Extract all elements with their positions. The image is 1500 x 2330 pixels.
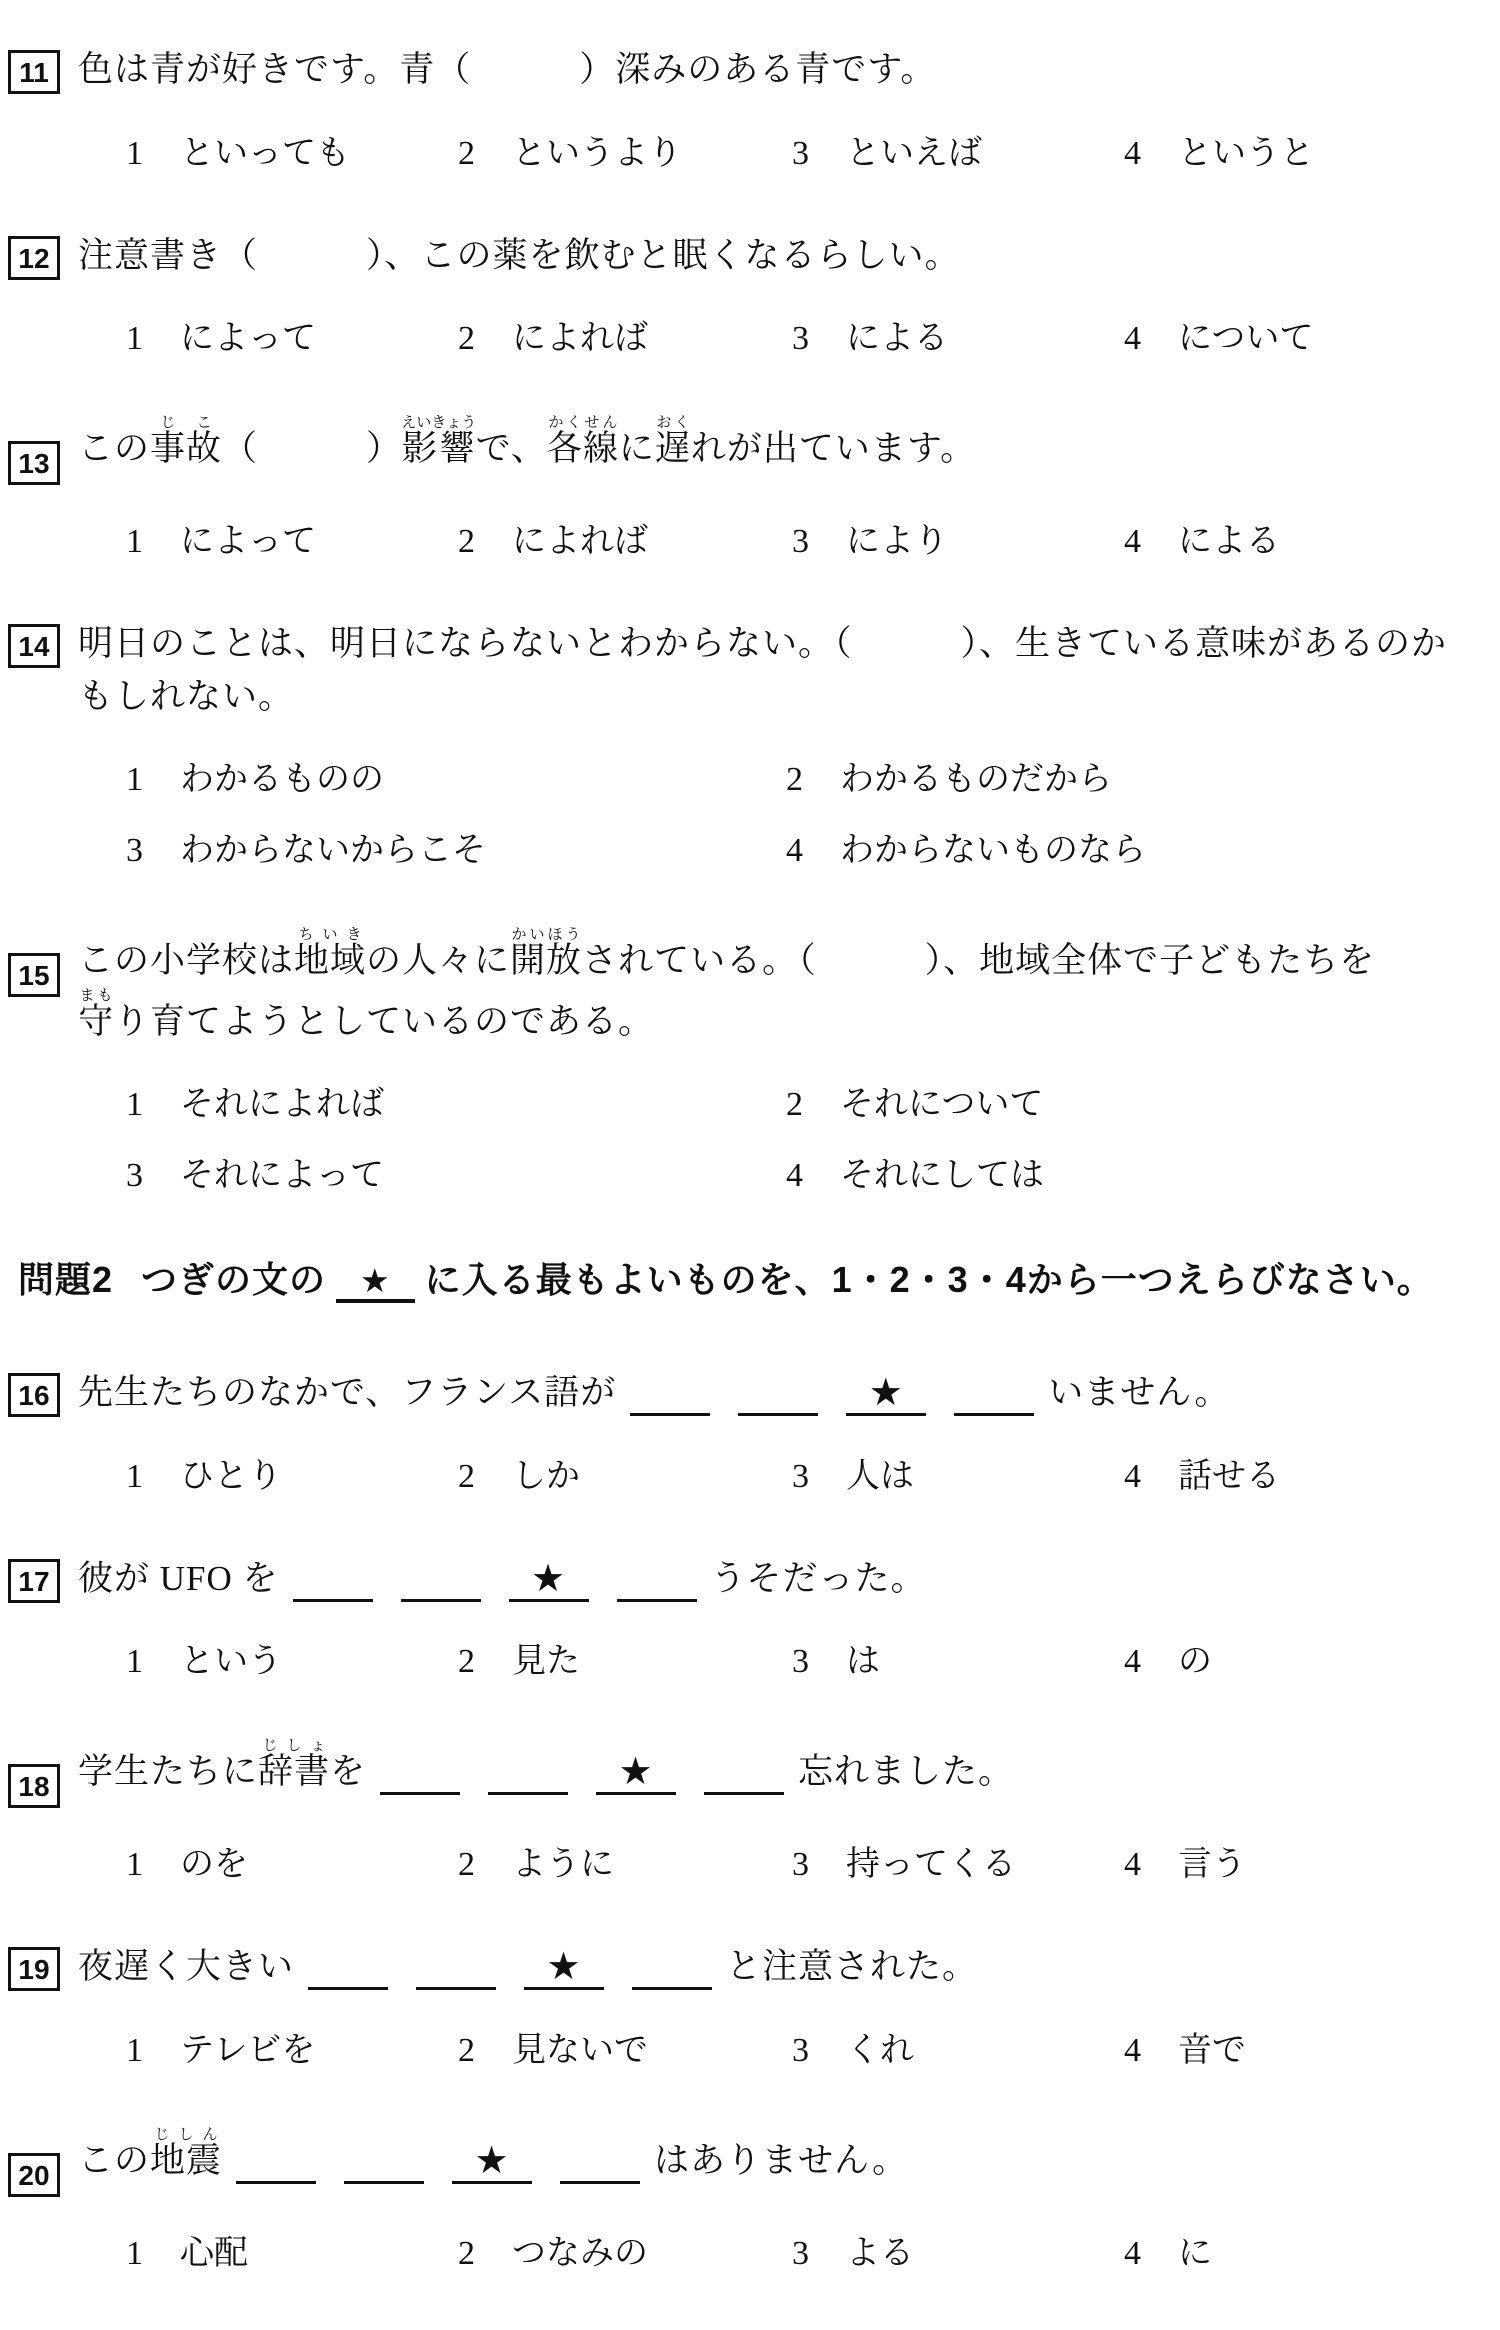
stem-line: 先生たちのなかで、フランス語が★いません。 xyxy=(78,1367,1230,1420)
answer-blank xyxy=(401,1562,481,1602)
question-stem: 夜遅く大きい★と注意された。 xyxy=(78,1941,978,1994)
option-text: は xyxy=(846,1643,880,1680)
question-options: 1という2見た3は4の xyxy=(126,1633,1480,1682)
option-number: 3 xyxy=(126,832,154,870)
stem-line: この事故じこ（ ）影響えいきょうで、各線かくせんに遅おくれが出ています。 xyxy=(78,415,976,476)
option-number: 4 xyxy=(786,1157,814,1195)
option-text: によれば xyxy=(512,523,648,560)
option-11-3: 3といえば xyxy=(792,125,1124,174)
question-options: 1それによれば2それについて3それによって4それにしては xyxy=(126,1076,1480,1196)
stem-text: に xyxy=(619,429,655,468)
question-options: 1のを2ように3持ってくる4言う xyxy=(126,1836,1480,1885)
question-stem: 先生たちのなかで、フランス語が★いません。 xyxy=(78,1367,1230,1420)
option-12-1: 1によって xyxy=(126,310,458,359)
furigana-term: 開放かいほう xyxy=(510,941,582,980)
options-row: 1という2見た3は4の xyxy=(126,1633,1480,1682)
option-17-2: 2見た xyxy=(458,1633,792,1682)
option-20-1: 1心配 xyxy=(126,2225,458,2274)
section2-header: 問題2つぎの文の★に入る最もよいものを、1・2・3・4から一つえらびなさい。 xyxy=(18,1252,1480,1303)
option-text: くれ xyxy=(846,2032,914,2069)
option-18-4: 4言う xyxy=(1124,1836,1480,1885)
stem-text: れが出ています。 xyxy=(691,429,976,468)
option-text: 見た xyxy=(512,1643,580,1680)
option-11-1: 1といっても xyxy=(126,125,458,174)
option-number: 4 xyxy=(786,832,814,870)
star-answer-blank: ★ xyxy=(509,1562,589,1602)
stem-line: もしれない。 xyxy=(78,671,1447,724)
option-number: 3 xyxy=(792,2032,820,2070)
stem-line: この小学校は地域ちいきの人々に開放かいほうされている。（ ）、地域全体で子どもた… xyxy=(78,927,1375,988)
star-answer-blank: ★ xyxy=(596,1755,676,1795)
furigana-term: 地域ちいき xyxy=(294,941,366,980)
option-number: 3 xyxy=(792,2235,820,2273)
question-14: 14明日のことは、明日にならないとわからない。（ ）、生きている意味があるのかも… xyxy=(8,618,1480,871)
option-number: 4 xyxy=(1124,320,1152,358)
question-16: 16先生たちのなかで、フランス語が★いません。1ひとり2しか3人は4話せる xyxy=(8,1367,1480,1497)
question-number-box: 14 xyxy=(8,624,60,668)
stem-text: 注意書き（ ）、この薬を飲むと眠くなるらしい。 xyxy=(78,236,961,275)
option-18-1: 1のを xyxy=(126,1836,458,1885)
star-answer-blank: ★ xyxy=(452,2144,532,2184)
option-number: 3 xyxy=(792,1846,820,1884)
option-number: 2 xyxy=(458,1846,486,1884)
option-text: つなみの xyxy=(512,2235,648,2272)
options-row: 1によって2によれば3による4について xyxy=(126,310,1480,359)
option-11-2: 2というより xyxy=(458,125,792,174)
option-text: テレビを xyxy=(180,2032,315,2069)
option-text: による xyxy=(846,320,948,357)
option-text: それによれば xyxy=(180,1086,384,1123)
question-19: 19夜遅く大きい★と注意された。1テレビを2見ないで3くれ4音で xyxy=(8,1941,1480,2071)
answer-blank xyxy=(344,2144,424,2184)
question-options: 1心配2つなみの3よる4に xyxy=(126,2225,1480,2274)
option-number: 2 xyxy=(458,1643,486,1681)
stem-line: 夜遅く大きい★と注意された。 xyxy=(78,1941,978,1994)
stem-text: 彼が UFO を xyxy=(78,1559,279,1598)
option-18-3: 3持ってくる xyxy=(792,1836,1124,1885)
question-number-box: 19 xyxy=(8,1947,60,1991)
question-13: 13この事故じこ（ ）影響えいきょうで、各線かくせんに遅おくれが出ています。1に… xyxy=(8,415,1480,562)
option-text: の xyxy=(1178,1643,1212,1680)
option-number: 3 xyxy=(126,1157,154,1195)
options-row: 1それによれば2それについて xyxy=(126,1076,1480,1125)
option-17-1: 1という xyxy=(126,1633,458,1682)
stem-text: 学生たちに xyxy=(78,1752,258,1791)
answer-blank xyxy=(416,1950,496,1990)
question-row: 17彼が UFO を★うそだった。 xyxy=(8,1553,1480,1606)
option-19-2: 2見ないで xyxy=(458,2022,792,2071)
option-text: わからないからこそ xyxy=(180,832,486,869)
section2-label: 問題2 xyxy=(18,1259,113,1300)
option-text: について xyxy=(1178,320,1313,357)
options-row: 1テレビを2見ないで3くれ4音で xyxy=(126,2022,1480,2071)
question-number-box: 11 xyxy=(8,50,60,94)
question-number-box: 12 xyxy=(8,236,60,280)
option-text: といっても xyxy=(180,135,350,172)
stem-text: を xyxy=(330,1752,366,1791)
option-number: 3 xyxy=(792,1643,820,1681)
stem-text: はありません。 xyxy=(654,2141,908,2180)
option-number: 4 xyxy=(1124,523,1152,561)
answer-blank xyxy=(704,1755,784,1795)
option-text: によって xyxy=(180,523,316,560)
option-text: のを xyxy=(180,1846,248,1883)
star-icon: ★ xyxy=(596,1753,676,1791)
option-number: 3 xyxy=(792,1458,820,1496)
question-18: 18学生たちに辞書じしょを★忘れました。1のを2ように3持ってくる4言う xyxy=(8,1738,1480,1885)
option-number: 4 xyxy=(1124,2235,1152,2273)
option-text: によれば xyxy=(512,320,648,357)
question-options: 1ひとり2しか3人は4話せる xyxy=(126,1448,1480,1497)
question-number-box: 13 xyxy=(8,441,60,485)
option-text: よる xyxy=(846,2235,914,2272)
option-text: 見ないで xyxy=(512,2032,648,2069)
option-number: 1 xyxy=(126,1846,154,1884)
question-20: 20この地震じしん★はありません。1心配2つなみの3よる4に xyxy=(8,2127,1480,2274)
stem-text: 忘れました。 xyxy=(798,1752,1014,1791)
star-icon: ★ xyxy=(509,1560,589,1598)
answer-blank xyxy=(738,1376,818,1416)
answer-blank xyxy=(560,2144,640,2184)
question-row: 12注意書き（ ）、この薬を飲むと眠くなるらしい。 xyxy=(8,230,1480,283)
question-stem: 注意書き（ ）、この薬を飲むと眠くなるらしい。 xyxy=(78,230,961,283)
stem-text: この小学校は xyxy=(78,941,294,980)
option-14-1: 1わかるものの xyxy=(126,751,786,800)
option-text: に xyxy=(1178,2235,1212,2272)
answer-blank xyxy=(380,1755,460,1795)
options-row: 1ひとり2しか3人は4話せる xyxy=(126,1448,1480,1497)
star-blank-legend: ★ xyxy=(336,1264,415,1303)
option-text: という xyxy=(180,1643,282,1680)
option-number: 4 xyxy=(1124,1846,1152,1884)
option-20-3: 3よる xyxy=(792,2225,1124,2274)
option-14-2: 2わかるものだから xyxy=(786,751,1480,800)
option-text: によって xyxy=(180,320,316,357)
option-number: 4 xyxy=(1124,1643,1152,1681)
options-row: 1によって2によれば3により4による xyxy=(126,513,1480,562)
question-stem: 明日のことは、明日にならないとわからない。（ ）、生きている意味があるのかもしれ… xyxy=(78,618,1447,723)
exam-page: 11色は青が好きです。青（ ）深みのある青です。1といっても2というより3といえ… xyxy=(8,44,1480,2274)
option-text: ように xyxy=(512,1846,614,1883)
stem-line: 守まもり育てようとしているのである。 xyxy=(78,988,1375,1049)
star-answer-blank: ★ xyxy=(846,1376,926,1416)
option-text: わかるものの xyxy=(180,761,384,798)
stem-line: 色は青が好きです。青（ ）深みのある青です。 xyxy=(78,44,936,97)
stem-text: 先生たちのなかで、フランス語が xyxy=(78,1373,616,1412)
option-number: 3 xyxy=(792,135,820,173)
stem-line: 彼が UFO を★うそだった。 xyxy=(78,1553,927,1606)
option-13-3: 3により xyxy=(792,513,1124,562)
option-text: 音で xyxy=(1178,2032,1246,2069)
option-number: 2 xyxy=(458,523,486,561)
option-text: というより xyxy=(512,135,682,172)
stem-line: 注意書き（ ）、この薬を飲むと眠くなるらしい。 xyxy=(78,230,961,283)
stem-line: 明日のことは、明日にならないとわからない。（ ）、生きている意味があるのか xyxy=(78,618,1447,671)
star-icon: ★ xyxy=(452,2142,532,2180)
option-19-4: 4音で xyxy=(1124,2022,1480,2071)
stem-text: いません。 xyxy=(1048,1373,1230,1412)
option-16-2: 2しか xyxy=(458,1448,792,1497)
stem-text: り育てようとしているのである。 xyxy=(114,1002,654,1041)
stem-text: されている。（ ）、地域全体で子どもたちを xyxy=(582,941,1375,980)
option-number: 4 xyxy=(1124,2032,1152,2070)
question-row: 16先生たちのなかで、フランス語が★いません。 xyxy=(8,1367,1480,1420)
question-number-box: 17 xyxy=(8,1559,60,1603)
question-options: 1テレビを2見ないで3くれ4音で xyxy=(126,2022,1480,2071)
star-answer-blank: ★ xyxy=(524,1950,604,1990)
question-row: 14明日のことは、明日にならないとわからない。（ ）、生きている意味があるのかも… xyxy=(8,618,1480,723)
option-number: 1 xyxy=(126,1643,154,1681)
option-text: 持ってくる xyxy=(846,1846,1016,1883)
option-number: 1 xyxy=(126,1458,154,1496)
answer-blank xyxy=(488,1755,568,1795)
option-20-2: 2つなみの xyxy=(458,2225,792,2274)
question-options: 1わかるものの2わかるものだから3わからないからこそ4わからないものなら xyxy=(126,751,1480,871)
stem-text: 夜遅く大きい xyxy=(78,1947,294,1986)
answer-blank xyxy=(632,1950,712,1990)
option-text: といえば xyxy=(846,135,982,172)
option-16-3: 3人は xyxy=(792,1448,1124,1497)
options-row: 1といっても2というより3といえば4というと xyxy=(126,125,1480,174)
furigana-term: 辞書じしょ xyxy=(258,1752,330,1791)
option-20-4: 4に xyxy=(1124,2225,1480,2274)
section-1: 11色は青が好きです。青（ ）深みのある青です。1といっても2というより3といえ… xyxy=(8,44,1480,1196)
star-icon: ★ xyxy=(360,1262,391,1299)
stem-text: と注意された。 xyxy=(726,1947,978,1986)
answer-blank xyxy=(630,1376,710,1416)
stem-text: （ ） xyxy=(222,429,402,468)
stem-text: の人々に xyxy=(366,941,510,980)
option-number: 1 xyxy=(126,320,154,358)
star-icon: ★ xyxy=(846,1374,926,1412)
option-number: 2 xyxy=(458,2235,486,2273)
option-12-3: 3による xyxy=(792,310,1124,359)
stem-text: この xyxy=(78,2141,150,2180)
question-number-box: 20 xyxy=(8,2153,60,2197)
option-12-4: 4について xyxy=(1124,310,1480,359)
option-text: それについて xyxy=(840,1086,1043,1123)
furigana-term: 事故じこ xyxy=(150,429,222,468)
option-text: わかるものだから xyxy=(840,761,1112,798)
furigana-term: 地震じしん xyxy=(150,2141,222,2180)
option-number: 1 xyxy=(126,135,154,173)
question-stem: 彼が UFO を★うそだった。 xyxy=(78,1553,927,1606)
question-15: 15この小学校は地域ちいきの人々に開放かいほうされている。（ ）、地域全体で子ど… xyxy=(8,927,1480,1196)
question-options: 1によって2によれば3により4による xyxy=(126,513,1480,562)
option-text: 人は xyxy=(846,1458,914,1495)
option-number: 4 xyxy=(1124,135,1152,173)
option-text: 言う xyxy=(1178,1846,1246,1883)
option-number: 3 xyxy=(792,320,820,358)
question-options: 1といっても2というより3といえば4というと xyxy=(126,125,1480,174)
question-stem: 学生たちに辞書じしょを★忘れました。 xyxy=(78,1738,1014,1799)
question-options: 1によって2によれば3による4について xyxy=(126,310,1480,359)
stem-text: 明日のことは、明日にならないとわからない。（ ）、生きている意味があるのか xyxy=(78,624,1447,663)
option-text: 話せる xyxy=(1178,1458,1280,1495)
question-row: 20この地震じしん★はありません。 xyxy=(8,2127,1480,2197)
options-row: 3わからないからこそ4わからないものなら xyxy=(126,822,1480,871)
option-17-3: 3は xyxy=(792,1633,1124,1682)
section-2: 16先生たちのなかで、フランス語が★いません。1ひとり2しか3人は4話せる17彼… xyxy=(8,1367,1480,2274)
option-number: 2 xyxy=(458,2032,486,2070)
option-number: 1 xyxy=(126,2032,154,2070)
option-text: というと xyxy=(1178,135,1314,172)
option-text: それにしては xyxy=(840,1157,1044,1194)
options-row: 3それによって4それにしては xyxy=(126,1147,1480,1196)
option-number: 1 xyxy=(126,523,154,561)
question-number-box: 18 xyxy=(8,1764,60,1808)
stem-text: 色は青が好きです。青（ ）深みのある青です。 xyxy=(78,50,936,89)
option-15-3: 3それによって xyxy=(126,1147,786,1196)
option-number: 2 xyxy=(458,320,486,358)
option-number: 2 xyxy=(786,1086,814,1124)
question-number-box: 15 xyxy=(8,953,60,997)
question-11: 11色は青が好きです。青（ ）深みのある青です。1といっても2というより3といえ… xyxy=(8,44,1480,174)
section2-instruction-after: に入る最もよいものを、1・2・3・4から一つえらびなさい。 xyxy=(425,1259,1434,1300)
option-19-1: 1テレビを xyxy=(126,2022,458,2071)
furigana-term: 各線かくせん xyxy=(547,429,619,468)
option-19-3: 3くれ xyxy=(792,2022,1124,2071)
stem-line: 学生たちに辞書じしょを★忘れました。 xyxy=(78,1738,1014,1799)
question-number-box: 16 xyxy=(8,1373,60,1417)
furigana-term: 影響えいきょう xyxy=(402,429,476,468)
option-number: 1 xyxy=(126,761,154,799)
option-15-1: 1それによれば xyxy=(126,1076,786,1125)
option-number: 4 xyxy=(1124,1458,1152,1496)
furigana-term: 遅おく xyxy=(655,429,691,468)
options-row: 1心配2つなみの3よる4に xyxy=(126,2225,1480,2274)
option-11-4: 4というと xyxy=(1124,125,1480,174)
stem-text: うそだった。 xyxy=(711,1559,927,1598)
option-15-4: 4それにしては xyxy=(786,1147,1480,1196)
question-stem: この事故じこ（ ）影響えいきょうで、各線かくせんに遅おくれが出ています。 xyxy=(78,415,976,476)
question-row: 13この事故じこ（ ）影響えいきょうで、各線かくせんに遅おくれが出ています。 xyxy=(8,415,1480,485)
option-text: により xyxy=(846,523,948,560)
question-row: 15この小学校は地域ちいきの人々に開放かいほうされている。（ ）、地域全体で子ど… xyxy=(8,927,1480,1048)
option-text: わからないものなら xyxy=(840,832,1146,869)
question-row: 18学生たちに辞書じしょを★忘れました。 xyxy=(8,1738,1480,1808)
stem-text: もしれない。 xyxy=(78,677,294,716)
question-17: 17彼が UFO を★うそだった。1という2見た3は4の xyxy=(8,1553,1480,1683)
option-14-3: 3わからないからこそ xyxy=(126,822,786,871)
option-number: 2 xyxy=(458,1458,486,1496)
question-stem: この地震じしん★はありません。 xyxy=(78,2127,908,2188)
question-row: 19夜遅く大きい★と注意された。 xyxy=(8,1941,1480,1994)
option-number: 2 xyxy=(786,761,814,799)
options-row: 1のを2ように3持ってくる4言う xyxy=(126,1836,1480,1885)
option-number: 1 xyxy=(126,2235,154,2273)
answer-blank xyxy=(308,1950,388,1990)
option-text: による xyxy=(1178,523,1280,560)
star-icon: ★ xyxy=(524,1948,604,1986)
option-15-2: 2それについて xyxy=(786,1076,1480,1125)
stem-text: この xyxy=(78,429,150,468)
option-13-1: 1によって xyxy=(126,513,458,562)
option-text: それによって xyxy=(180,1157,384,1194)
option-16-1: 1ひとり xyxy=(126,1448,458,1497)
option-text: 心配 xyxy=(180,2235,248,2272)
option-number: 3 xyxy=(792,523,820,561)
option-text: ひとり xyxy=(180,1458,282,1495)
option-text: しか xyxy=(512,1458,580,1495)
question-stem: 色は青が好きです。青（ ）深みのある青です。 xyxy=(78,44,936,97)
question-12: 12注意書き（ ）、この薬を飲むと眠くなるらしい。1によって2によれば3による4… xyxy=(8,230,1480,360)
options-row: 1わかるものの2わかるものだから xyxy=(126,751,1480,800)
answer-blank xyxy=(236,2144,316,2184)
answer-blank xyxy=(617,1562,697,1602)
option-17-4: 4の xyxy=(1124,1633,1480,1682)
furigana-term: 守まも xyxy=(78,1002,114,1041)
question-stem: この小学校は地域ちいきの人々に開放かいほうされている。（ ）、地域全体で子どもた… xyxy=(78,927,1375,1048)
option-14-4: 4わからないものなら xyxy=(786,822,1480,871)
option-16-4: 4話せる xyxy=(1124,1448,1480,1497)
option-13-2: 2によれば xyxy=(458,513,792,562)
option-12-2: 2によれば xyxy=(458,310,792,359)
option-number: 2 xyxy=(458,135,486,173)
stem-line: この地震じしん★はありません。 xyxy=(78,2127,908,2188)
option-13-4: 4による xyxy=(1124,513,1480,562)
answer-blank xyxy=(954,1376,1034,1416)
question-row: 11色は青が好きです。青（ ）深みのある青です。 xyxy=(8,44,1480,97)
answer-blank xyxy=(293,1562,373,1602)
option-18-2: 2ように xyxy=(458,1836,792,1885)
stem-text: で、 xyxy=(476,429,547,468)
option-number: 1 xyxy=(126,1086,154,1124)
section2-instruction-before: つぎの文の xyxy=(141,1259,326,1300)
